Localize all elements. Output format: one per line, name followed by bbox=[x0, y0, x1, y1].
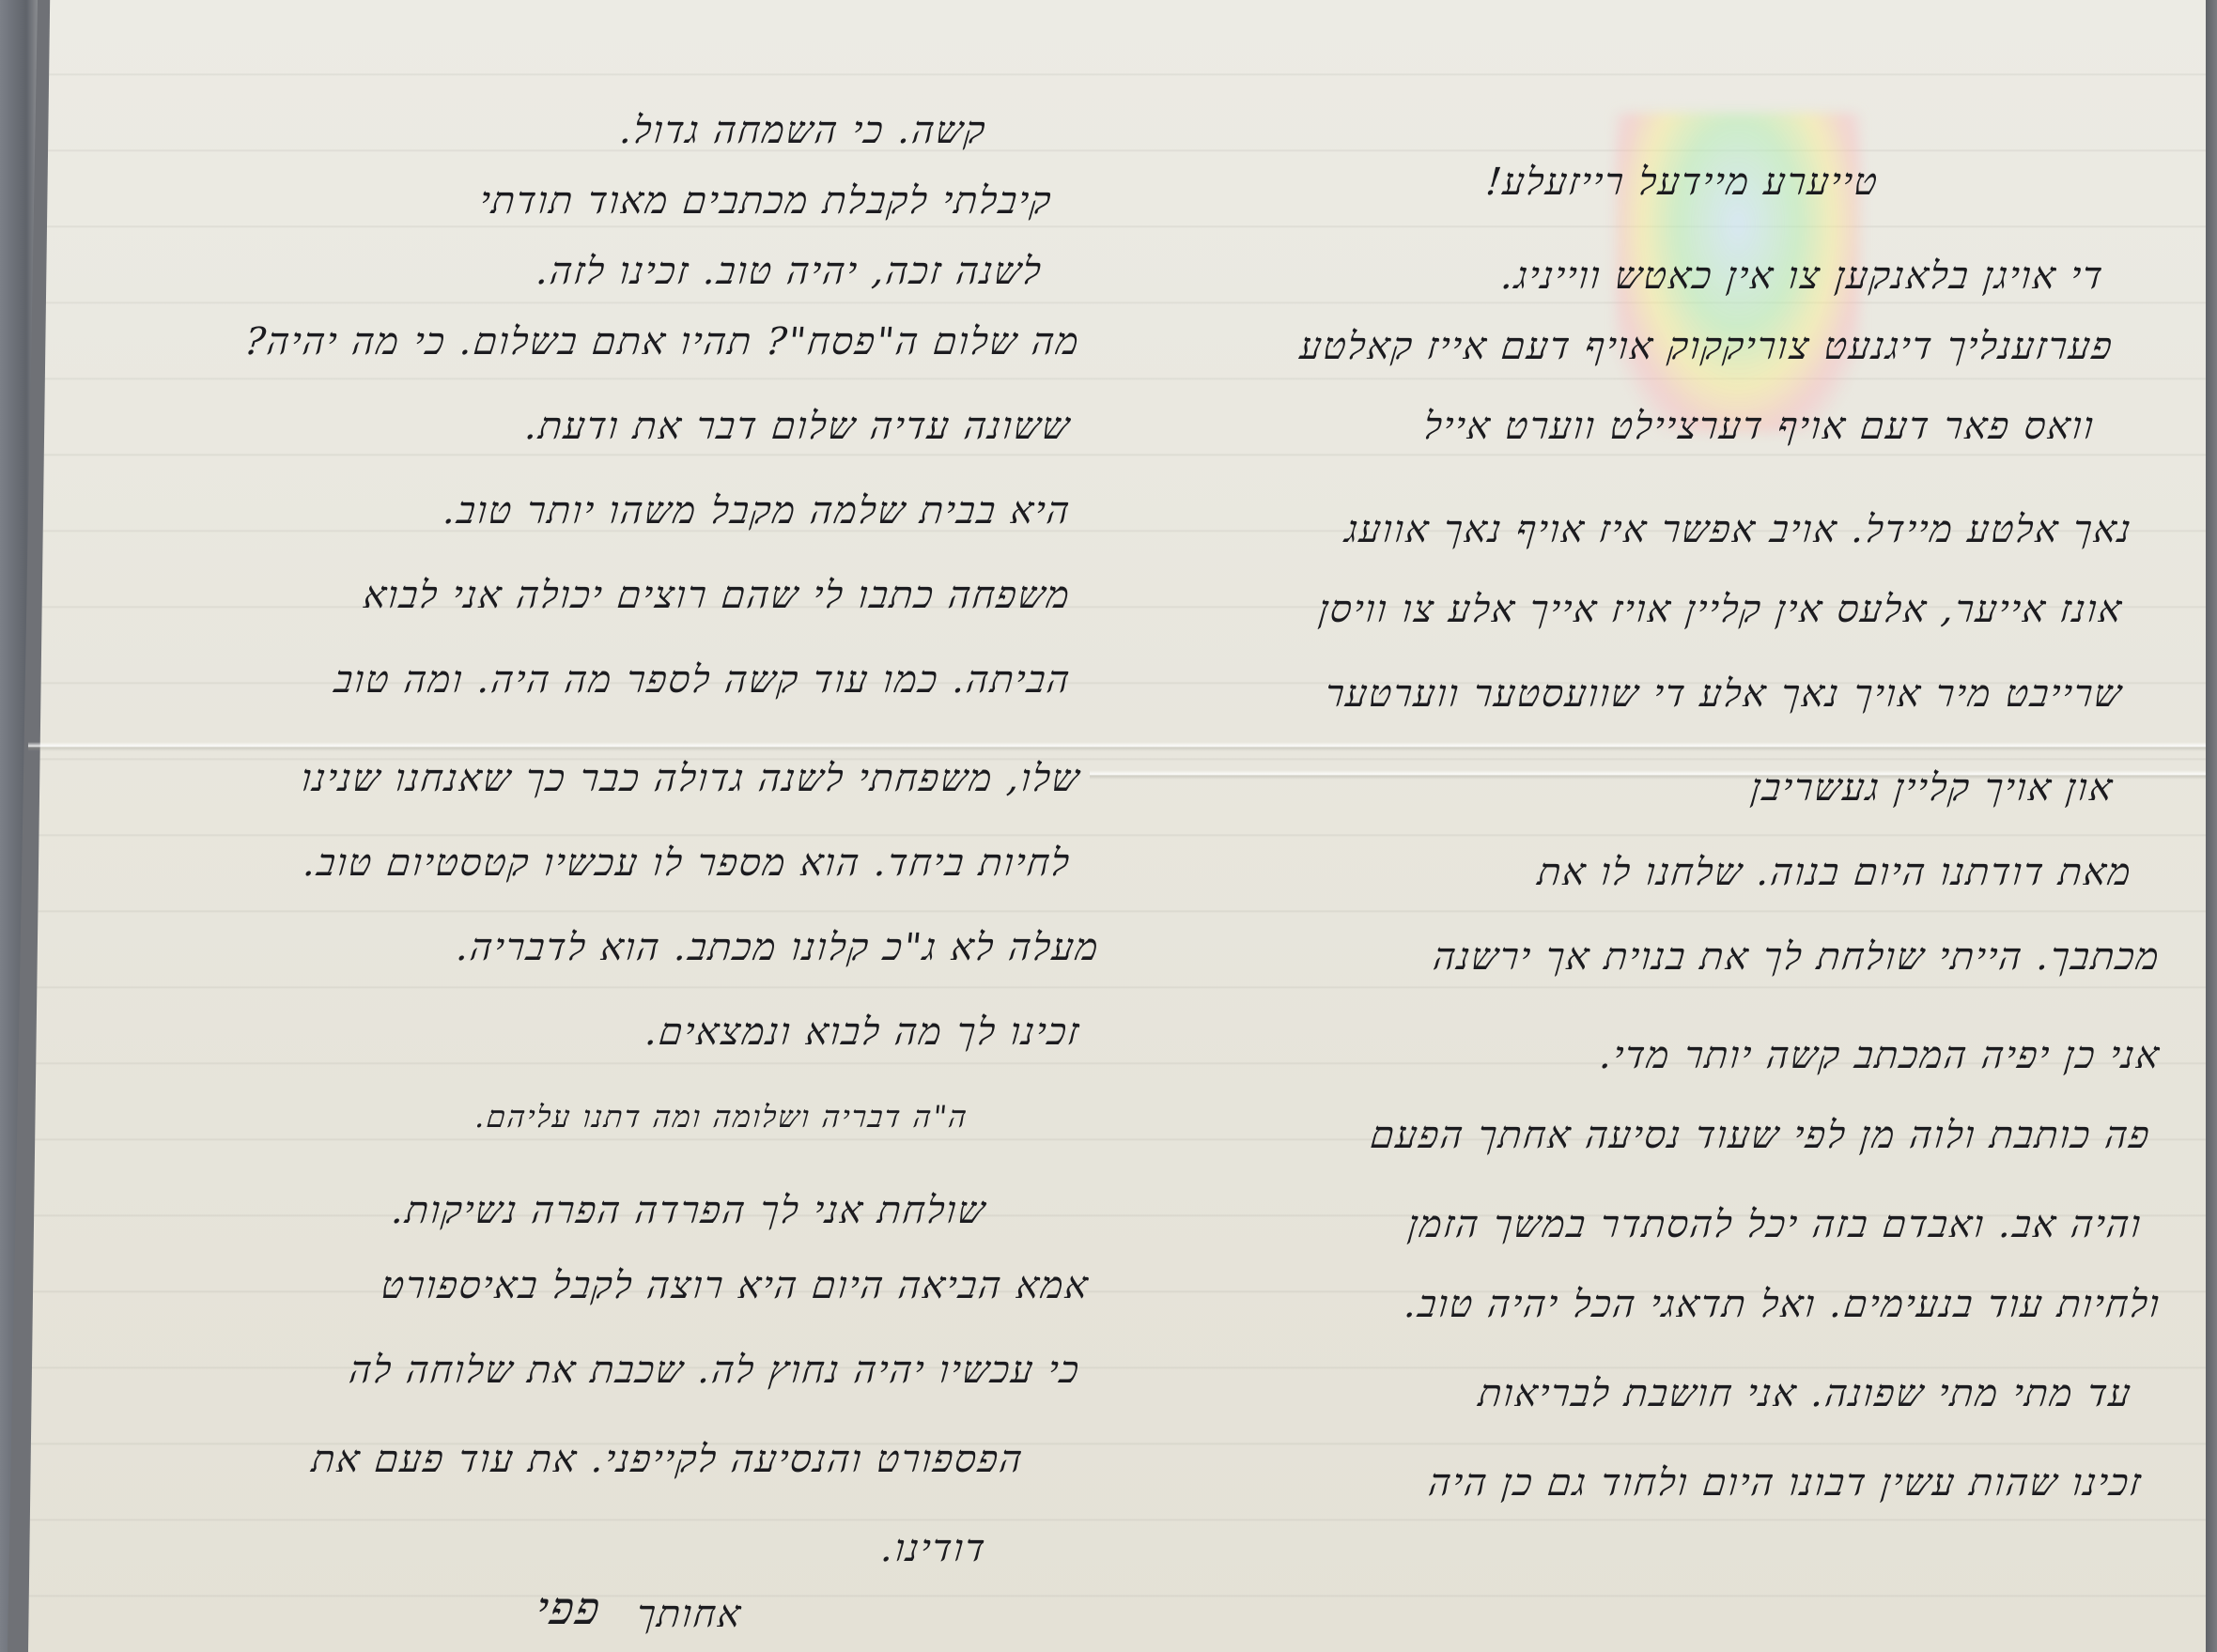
text-line: היא בבית שלמה מקבל משהו יותר טוב. bbox=[442, 488, 1074, 533]
text-line: דודינו. bbox=[879, 1526, 989, 1570]
text-line: אני כן יפיה המכתב קשה יותר מדי. bbox=[1598, 1033, 2163, 1077]
text-line: ה"ה דבריה ושלומה ומה דתנו עליהם. bbox=[473, 1099, 969, 1135]
text-line: ששונה עדיה שלום דבר את ודעת. bbox=[523, 404, 1074, 448]
text-line: נאך אלטע מיידל. אויב אפשר איז אויף נאך א… bbox=[1343, 507, 2135, 551]
text-line: זכינו שהות עשין דבונו היום ולחוד גם כן ה… bbox=[1426, 1460, 2144, 1505]
text-line: מכתבך. הייתי שולחת לך את בנוית אך ירשנה bbox=[1432, 934, 2163, 979]
text-line: פערזענליך דיגנעט צוריקקוק אויף דעם אייז … bbox=[1298, 324, 2116, 368]
text-line: מה שלום ה"פסח"? תהיו אתם בשלום. כי מה יה… bbox=[243, 319, 1083, 363]
fold-crease-left bbox=[28, 742, 2206, 751]
text-line: אמא הביאה היום היא רוצה לקבל באיספורט bbox=[380, 1263, 1093, 1307]
text-line: אונז אייער, אלעס אין קליין אויז אייך אלע… bbox=[1317, 587, 2126, 631]
text-line: עד מתי מתי שפונה. אני חושבת לבריאות bbox=[1477, 1371, 2135, 1415]
text-line: שלו, משפחתי לשנה גדולה כבר כך שאנחנו שני… bbox=[299, 756, 1082, 800]
text-line: און אויך קליין געשריבן bbox=[1749, 765, 2116, 810]
closing-text: אחותך bbox=[635, 1592, 745, 1636]
salutation: טייערע מיידעל רייזעלע! bbox=[1484, 160, 1882, 204]
text-line: לשנה זכה, יהיה טוב. זכינו לזה. bbox=[535, 249, 1046, 293]
text-line: ולחיות עוד בנעימים. ואל תדאגי הכל יהיה ט… bbox=[1402, 1282, 2163, 1326]
text-line: קשה. כי השמחה גדול. bbox=[617, 108, 988, 152]
signature: פפי bbox=[534, 1583, 604, 1635]
text-line: פה כותבת ולוה מן לפי שעוד נסיעה אחתך הפע… bbox=[1369, 1113, 2153, 1157]
text-line: מעלה לא ג"כ קלונו מכתב. הוא לדבריה. bbox=[454, 925, 1101, 969]
background-right-edge bbox=[2204, 0, 2217, 1652]
text-line: הפספורט והנסיעה לקייפני. את עוד פעם את bbox=[310, 1437, 1027, 1481]
text-line: קיבלתי לקבלת מכתבים מאוד תודתי bbox=[477, 178, 1054, 223]
text-line: זכינו לך מה לבוא ונמצאים. bbox=[643, 1010, 1082, 1054]
text-line: וואס פאר דעם אויף דערציילט ווערט אייל bbox=[1421, 404, 2097, 448]
text-line: די אויגן בלאנקען צו אין כאטש ווייניג. bbox=[1499, 254, 2107, 298]
text-line: לחיות ביחד. הוא מספר לו עכשיו קטסטיום טו… bbox=[302, 841, 1074, 885]
text-line: מאת דודתנו היום בנוה. שלחנו לו את bbox=[1536, 850, 2135, 894]
text-line: כי עכשיו יהיה נחוץ לה. שכבת את שלוחה לה bbox=[348, 1348, 1083, 1392]
text-line: שרייבט מיר אויך נאך אלע די שוועסטער ווער… bbox=[1324, 672, 2126, 716]
text-line: משפחה כתבו לי שהם רוצים יכולה אני לבוא bbox=[362, 573, 1074, 617]
text-line: הביתה. כמו עוד קשה לספר מה היה. ומה טוב bbox=[333, 657, 1074, 702]
text-line: שולחת אני לך הפרדה הפרה נשיקות. bbox=[390, 1188, 989, 1232]
text-line: והיה אב. ואבדם בזה יכל להסתדר במשך הזמן bbox=[1405, 1202, 2144, 1246]
